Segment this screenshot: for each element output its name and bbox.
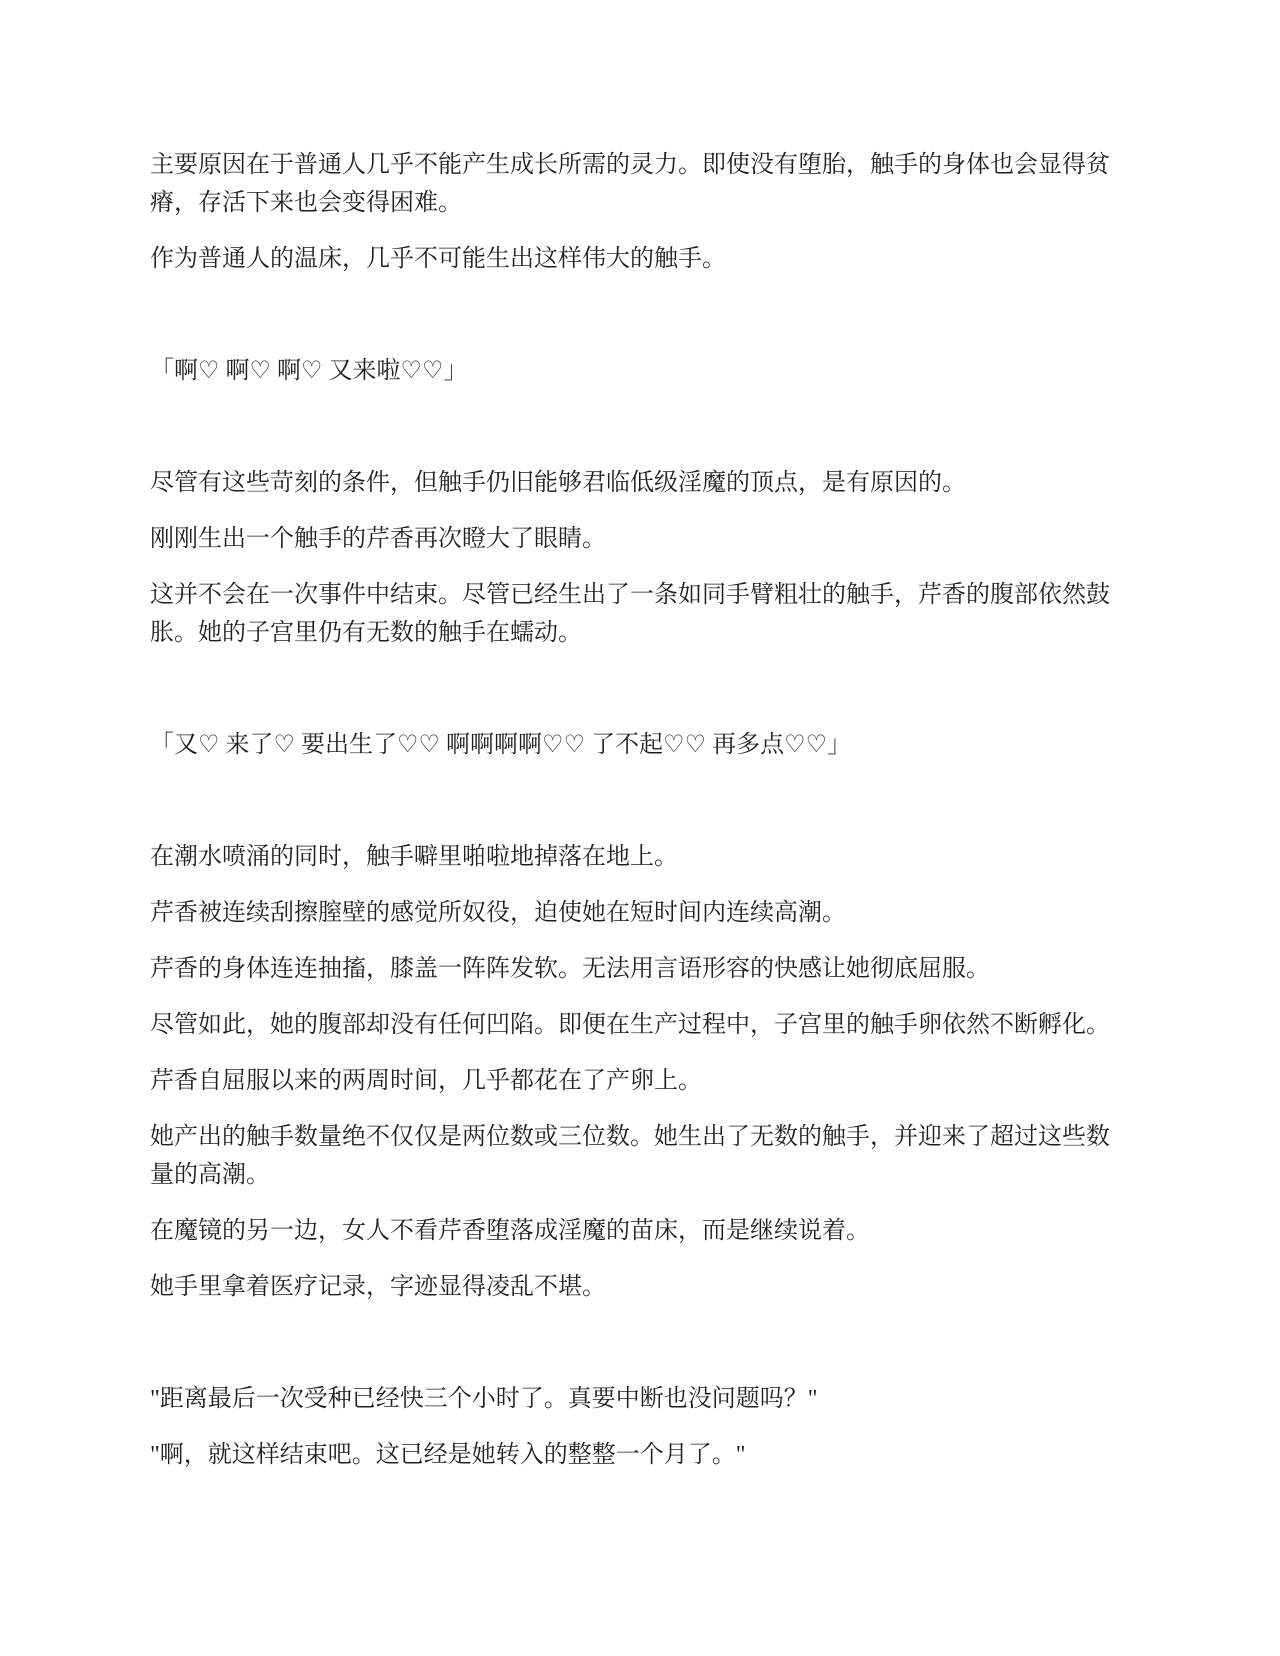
paragraph: 尽管有这些苛刻的条件，但触手仍旧能够君临低级淫魔的顶点，是有原因的。 — [150, 464, 1115, 502]
paragraph: 芹香自屈服以来的两周时间，几乎都花在了产卵上。 — [150, 1062, 1115, 1100]
paragraph: 她产出的触手数量绝不仅仅是两位数或三位数。她生出了无数的触手，并迎来了超过这些数… — [150, 1118, 1115, 1194]
dialogue-line: 「啊♡ 啊♡ 啊♡ 又来啦♡♡」 — [150, 352, 1115, 390]
paragraph: 刚刚生出一个触手的芹香再次瞪大了眼睛。 — [150, 520, 1115, 558]
dialogue-line: 「又♡ 来了♡ 要出生了♡♡ 啊啊啊啊♡♡ 了不起♡♡ 再多点♡♡」 — [150, 726, 1115, 764]
paragraph: "啊，就这样结束吧。这已经是她转入的整整一个月了。" — [150, 1436, 1115, 1474]
paragraph: 在魔镜的另一边，女人不看芹香堕落成淫魔的苗床，而是继续说着。 — [150, 1212, 1115, 1250]
document-page: 主要原因在于普通人几乎不能产生成长所需的灵力。即使没有堕胎，触手的身体也会显得贫… — [150, 146, 1115, 1492]
paragraph: 这并不会在一次事件中结束。尽管已经生出了一条如同手臂粗壮的触手，芹香的腹部依然鼓… — [150, 576, 1115, 652]
quote-line: "距离最后一次受种已经快三个小时了。真要中断也没问题吗？" — [150, 1380, 1115, 1418]
paragraph: 芹香的身体连连抽搐，膝盖一阵阵发软。无法用言语形容的快感让她彻底屈服。 — [150, 950, 1115, 988]
paragraph: 芹香被连续刮擦膣壁的感觉所奴役，迫使她在短时间内连续高潮。 — [150, 894, 1115, 932]
paragraph: 在潮水喷涌的同时，触手噼里啪啦地掉落在地上。 — [150, 838, 1115, 876]
paragraph: 作为普通人的温床，几乎不可能生出这样伟大的触手。 — [150, 240, 1115, 278]
paragraph: 主要原因在于普通人几乎不能产生成长所需的灵力。即使没有堕胎，触手的身体也会显得贫… — [150, 146, 1115, 222]
paragraph: 尽管如此，她的腹部却没有任何凹陷。即便在生产过程中，子宫里的触手卵依然不断孵化。 — [150, 1006, 1115, 1044]
paragraph: 她手里拿着医疗记录，字迹显得凌乱不堪。 — [150, 1268, 1115, 1306]
